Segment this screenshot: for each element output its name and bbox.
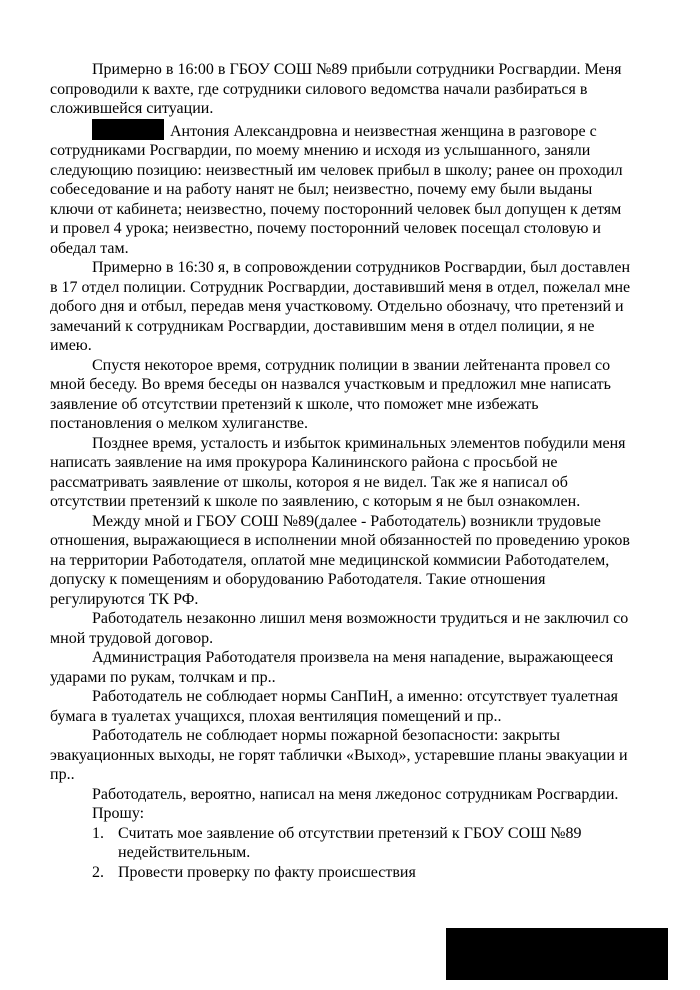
paragraph-police-transfer: Примерно в 16:30 я, в сопровождении сотр… [50, 258, 670, 356]
paragraph-assault: Администрация Работодателя произвела на … [50, 648, 670, 687]
paragraph-rosgvardia-arrival: Примерно в 16:00 в ГБОУ СОШ №89 прибыли … [50, 60, 670, 119]
redaction-box-signature [446, 928, 668, 980]
paragraph-school-statement-text: Антония Александровна и неизвестная женщ… [50, 123, 623, 257]
redaction-box-name [92, 119, 164, 140]
paragraph-prosecutor-statement: Позднее время, усталость и избыток крими… [50, 434, 670, 512]
paragraph-police-interview: Спустя некоторое время, сотрудник полици… [50, 356, 670, 434]
request-item-1: 1. Считать мое заявление об отсутствии п… [92, 824, 670, 863]
request-item-2-number: 2. [92, 863, 118, 883]
paragraph-fire-safety: Работодатель не соблюдает нормы пожарной… [50, 726, 670, 785]
document-page: Примерно в 16:00 в ГБОУ СОШ №89 прибыли … [50, 60, 670, 882]
request-item-1-text: Считать мое заявление об отсутствии прет… [118, 824, 582, 863]
paragraph-no-contract: Работодатель незаконно лишил меня возмож… [50, 609, 670, 648]
paragraph-false-report: Работодатель, вероятно, написал на меня … [50, 785, 670, 805]
paragraph-sanpin-violations: Работодатель не соблюдает нормы СанПиН, … [50, 687, 670, 726]
request-item-1-number: 1. [92, 824, 118, 863]
paragraph-labor-relations: Между мной и ГБОУ СОШ №89(далее - Работо… [50, 512, 670, 610]
paragraph-school-statement: Антония Александровна и неизвестная женщ… [50, 119, 670, 259]
request-heading: Прошу: [50, 804, 670, 824]
request-item-2-text: Провести проверку по факту происшествия [118, 863, 416, 883]
request-item-2: 2. Провести проверку по факту происшеств… [92, 863, 670, 883]
